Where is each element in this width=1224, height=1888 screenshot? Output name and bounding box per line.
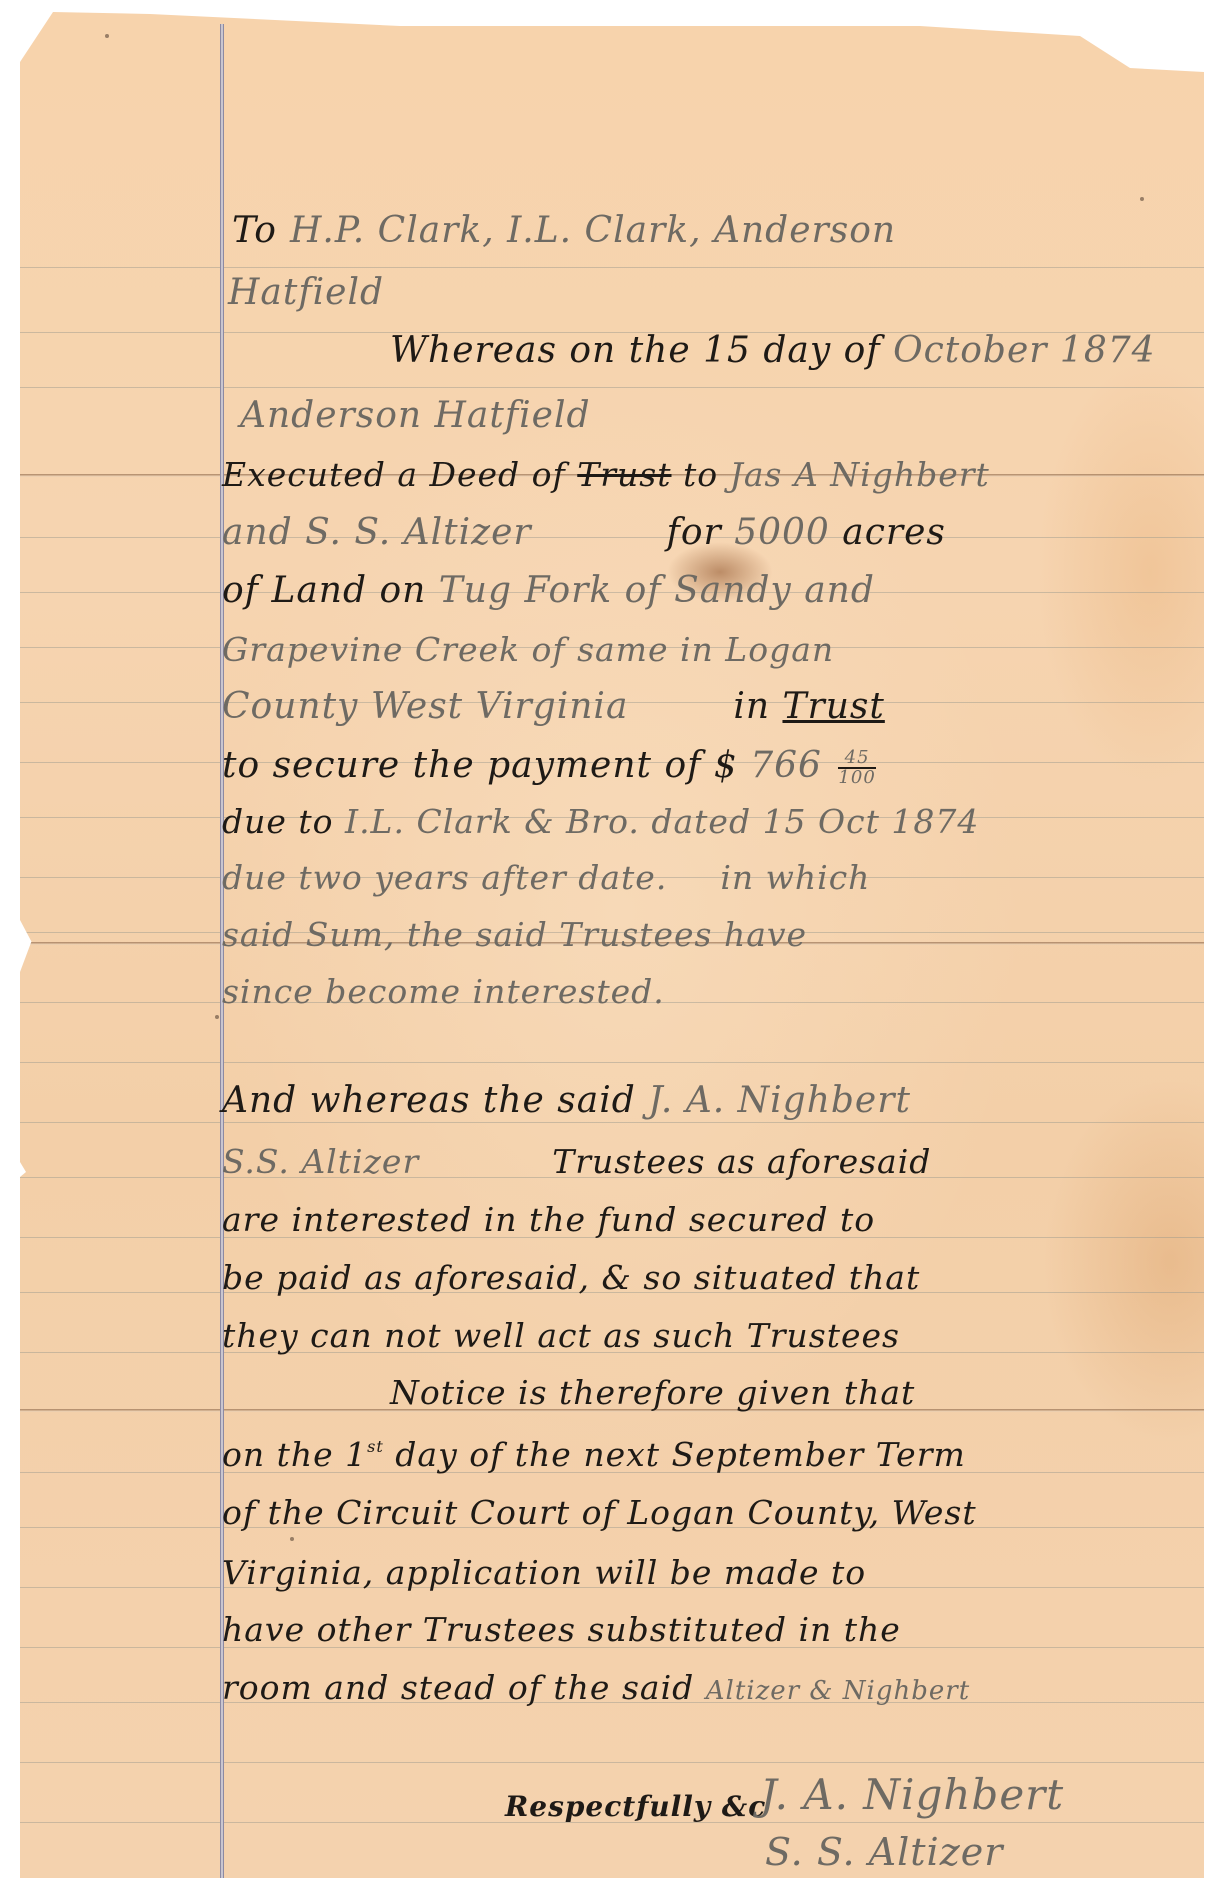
p1-line-9: due to I.L. Clark & Bro. dated 15 Oct 18… [222,802,979,841]
p1-line-4: and S. S. Altizer for 5000 acres [222,512,946,553]
p3-line-4: Virginia, application will be made to [222,1553,866,1592]
p3-line-5: have other Trustees substituted in the [222,1610,901,1649]
p1-line-7: County West Virginia in Trust [222,686,885,727]
p1-line-3: Executed a Deed of Trust to Jas A Nighbe… [222,455,990,494]
addressee-names-cont: Hatfield [228,272,384,313]
p1-line-10: due two years after date. in which [222,858,870,897]
p3-line-6: room and stead of the said Altizer & Nig… [222,1668,970,1707]
p2-line-1: And whereas the said J. A. Nighbert [222,1080,911,1121]
p3-line-1: Notice is therefore given that [390,1373,915,1412]
p1-line-8: to secure the payment of $ 766 45 100 [222,745,876,787]
p2-line-2: S.S. Altizer Trustees as aforesaid [222,1142,931,1181]
p1-line-12: since become interested. [222,972,665,1011]
valediction: Respectfully &c [505,1790,766,1823]
p2-line-3: are interested in the fund secured to [222,1200,875,1239]
p1-line-6: Grapevine Creek of same in Logan [222,630,834,669]
margin-rule [220,24,225,1888]
p3-line-3: of the Circuit Court of Logan County, We… [222,1493,977,1532]
cents-fraction: 45 100 [838,749,875,787]
p1-line-2: Anderson Hatfield [240,395,591,436]
signature-altizer: S. S. Altizer [765,1830,1003,1874]
p2-line-5: they can not well act as such Trustees [222,1316,900,1355]
p1-line-5: of Land on Tug Fork of Sandy and [222,570,875,611]
p1-line-1: Whereas on the 15 day of October 1874 [390,330,1156,371]
p1-line-11: said Sum, the said Trustees have [222,915,807,954]
p2-line-4: be paid as aforesaid, & so situated that [222,1258,920,1297]
addressee-names: H.P. Clark, I.L. Clark, Anderson [290,210,896,251]
struck-word: Trust [577,455,671,494]
signature-nighbert: J. A. Nighbert [760,1770,1064,1819]
p3-line-2: on the 1st day of the next September Ter… [222,1435,966,1474]
addressee-prefix: To [232,210,277,251]
